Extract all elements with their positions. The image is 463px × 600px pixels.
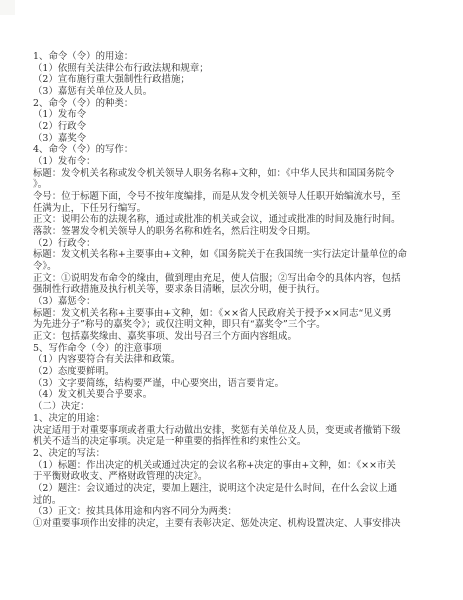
paragraph-line: （2）题注：会议通过的决定，要加上题注，说明这个决定是什么时间，在什么会议上通 [33,483,415,495]
list-item: （3）嘉惩有关单位及人员。 [33,86,415,98]
paragraph-line: 正文：说明公布的法规名称，通过或批准的机关或会议，通过或批准的时间及施行时间。 [33,214,415,226]
subsection-heading: （2）行政令： [33,238,415,250]
paragraph-line: ①对重要事项作出安排的决定，主要有表彰决定、惩处决定、机构设置决定、人事安排决 [33,518,415,530]
paragraph-line: 正文：①说明发布命令的缘由，做到理由充足，使人信服；②写出命令的具体内容，包括 [33,273,415,285]
paragraph-line: 任满为止，下任另行编写。 [33,203,415,215]
paragraph-line: 落款：签署发令机关领导人的职务名称和姓名，然后注明发令日期。 [33,226,415,238]
page-corner-mark [0,0,15,15]
paragraph-line: （1）标题：作出决定的机关或通过决定的会议名称+决定的事由+文种，如：《××市关 [33,460,415,472]
list-item: （4）发文机关要合乎要求。 [33,389,415,401]
list-item: （3）嘉奖令 [33,133,415,145]
list-item: （2）宣布施行重大强制性行政措施； [33,74,415,86]
list-item: （1）发布令 [33,109,415,121]
paragraph-line: （3）正文：按其具体用途和内容不同分为两类： [33,506,415,518]
paragraph-line: 标题：发文机关名称+主要事由+文种，如《国务院关于在我国统一实行法定计量单位的命 [33,249,415,261]
section-heading-decision-writing: 2、决定的写法： [33,448,415,460]
subsection-heading: （1）发布令： [33,156,415,168]
list-item: （1）内容要符合有关法律和政策。 [33,354,415,366]
paragraph-line: 》。 [33,179,415,191]
paragraph-line: 标题：发文机关名称+主要事由+文种，如：《××省人民政府关于授予××同志“见义勇 [33,308,415,320]
paragraph-line: 为先进分子”称号的嘉奖令》；或仅注明文种，即只有“嘉奖令”三个字。 [33,319,415,331]
paragraph-line: 令》。 [33,261,415,273]
section-heading-command-writing: 4、命令（令）的写作： [33,144,415,156]
paragraph-line: 令号：位于标题下面，令号不按年度编排，而是从发令机关领导人任职开始编流水号，至 [33,191,415,203]
list-item: （2）行政令 [33,121,415,133]
section-heading-notes: 5、写作命令（令）的注意事项 [33,343,415,355]
paragraph-line: 正文：包括嘉奖缘由、嘉奖事项、发出号召三个方面内容组成。 [33,331,415,343]
subsection-heading: （3）嘉惩令： [33,296,415,308]
paragraph-line: 机关不适当的决定事项。决定是一种重要的指挥性和约束性公文。 [33,436,415,448]
paragraph-line: 决定适用于对重要事项或者重大行动做出安排，奖惩有关单位及人员，变更或者撤销下级 [33,425,415,437]
list-item: （3）文字要简练，结构要严谨，中心要突出，语言要肯定。 [33,378,415,390]
paragraph-line: 标题：发令机关名称或发令机关领导人职务名称+文种，如：《中华人民共和国国务院令 [33,168,415,180]
list-item: （1）依照有关法律公布行政法规和规章； [33,63,415,75]
paragraph-line: 于平衡财政收支、严格财政管理的决定》。 [33,471,415,483]
section-heading-decision-usage: 1、决定的用途： [33,413,415,425]
section-heading-command-types: 2、命令（令）的种类： [33,98,415,110]
document-body: 1、命令（令）的用途： （1）依照有关法律公布行政法规和规章； （2）宣布施行重… [33,51,415,530]
section-heading-command-usage: 1、命令（令）的用途： [33,51,415,63]
list-item: （2）态度要鲜明。 [33,366,415,378]
chapter-heading-decision: （二）决定： [33,401,415,413]
paragraph-line: 过的。 [33,495,415,507]
paragraph-line: 强制性行政措施及执行机关等，要求条目清晰，层次分明，便于执行。 [33,284,415,296]
